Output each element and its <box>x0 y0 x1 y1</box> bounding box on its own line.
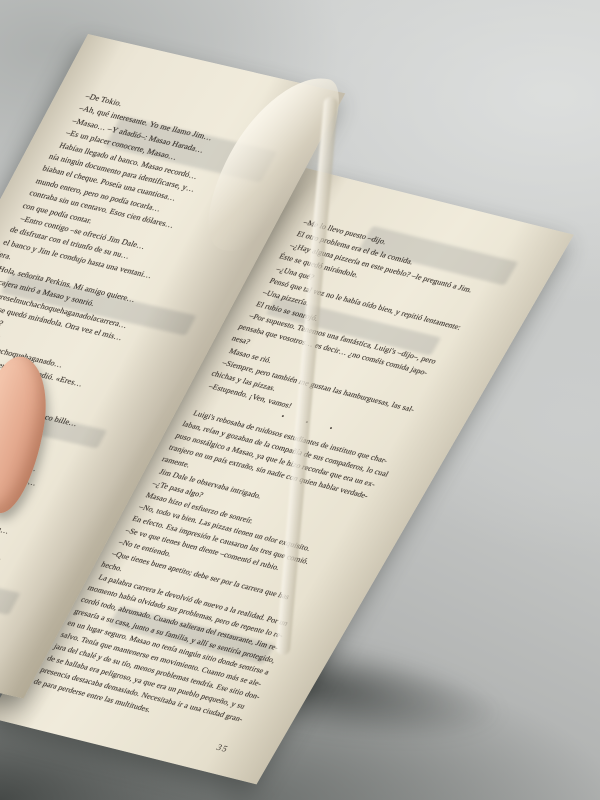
photo-scene: –Me lo llevo puesto –dijo. El otro probl… <box>0 0 600 800</box>
